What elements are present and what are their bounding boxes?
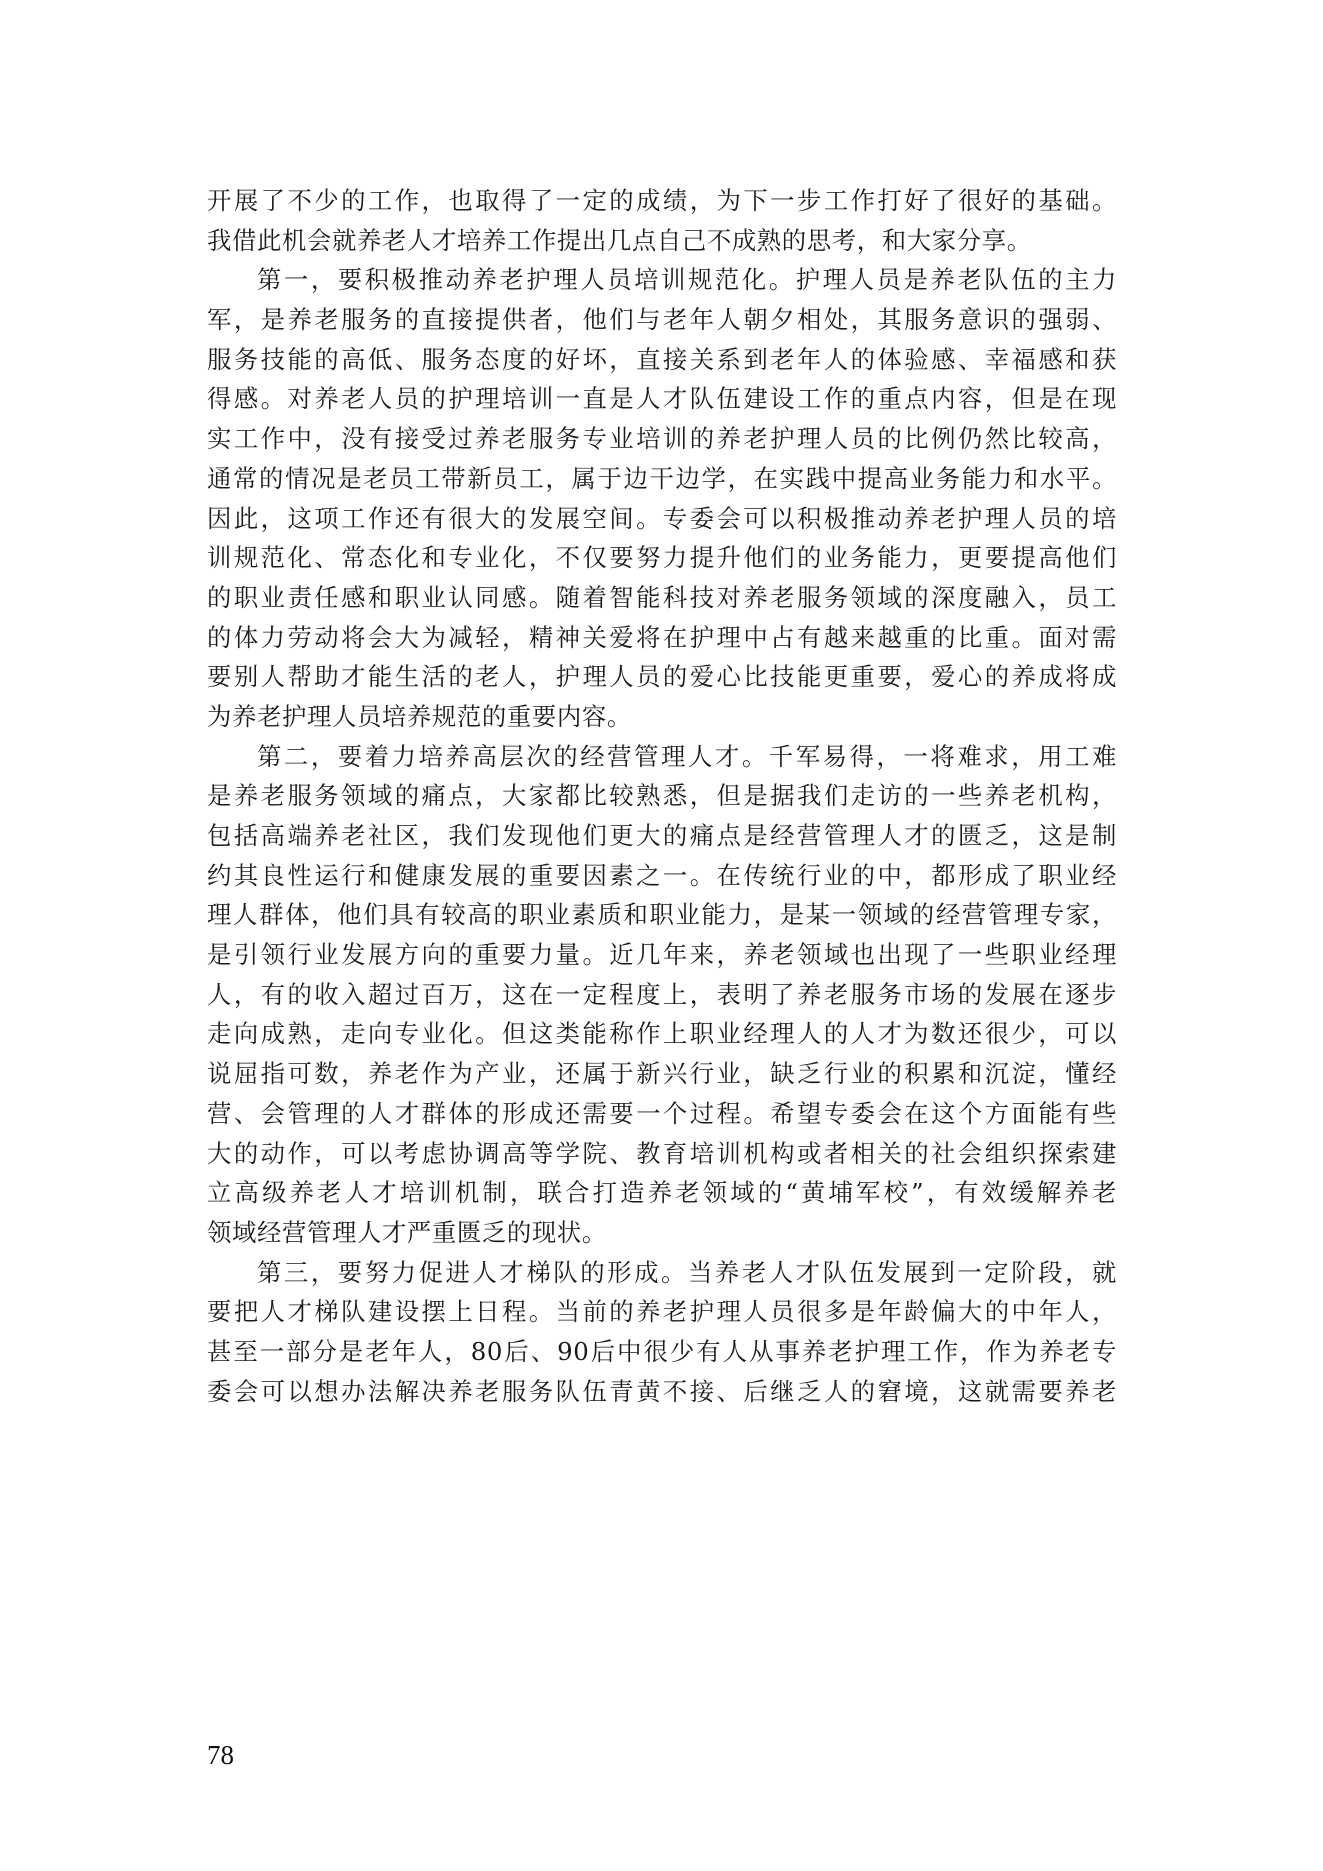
text-line: 立高级养老人才培训机制，联合打造养老领域的“黄埔军校”，有效缓解养老 — [207, 1173, 1117, 1213]
text-line: 因此，这项工作还有很大的发展空间。专委会可以积极推动养老护理人员的培 — [207, 499, 1117, 539]
text-line: 走向成熟，走向专业化。但这类能称作上职业经理人的人才为数还很少，可以 — [207, 1014, 1117, 1054]
text-line: 我借此机会就养老人才培养工作提出几点自己不成熟的思考，和大家分享。 — [207, 221, 1117, 261]
text-line: 要把人才梯队建设摆上日程。当前的养老护理人员很多是年龄偏大的中年人， — [207, 1292, 1117, 1332]
text-line: 是引领行业发展方向的重要力量。近几年来，养老领域也出现了一些职业经理 — [207, 935, 1117, 975]
text-line: 甚至一部分是老年人，80后、90后中很少有人从事养老护理工作，作为养老专 — [207, 1332, 1117, 1372]
text-line: 服务技能的高低、服务态度的好坏，直接关系到老年人的体验感、幸福感和获 — [207, 340, 1117, 380]
text-line: 第一，要积极推动养老护理人员培训规范化。护理人员是养老队伍的主力 — [207, 260, 1117, 300]
text-line: 为养老护理人员培养规范的重要内容。 — [207, 697, 1117, 737]
text-line: 第三，要努力促进人才梯队的形成。当养老人才队伍发展到一定阶段，就 — [207, 1253, 1117, 1293]
text-line: 领域经营管理人才严重匮乏的现状。 — [207, 1213, 1117, 1253]
text-line: 第二，要着力培养高层次的经营管理人才。千军易得，一将难求，用工难 — [207, 737, 1117, 777]
text-line: 人，有的收入超过百万，这在一定程度上，表明了养老服务市场的发展在逐步 — [207, 975, 1117, 1015]
text-line: 的体力劳动将会大为减轻，精神关爱将在护理中占有越来越重的比重。面对需 — [207, 618, 1117, 658]
text-line: 要别人帮助才能生活的老人，护理人员的爱心比技能更重要，爱心的养成将成 — [207, 657, 1117, 697]
text-line: 理人群体，他们具有较高的职业素质和职业能力，是某一领域的经营管理专家， — [207, 895, 1117, 935]
text-line: 的职业责任感和职业认同感。随着智能科技对养老服务领域的深度融入，员工 — [207, 578, 1117, 618]
text-line: 包括高端养老社区，我们发现他们更大的痛点是经营管理人才的匮乏，这是制 — [207, 816, 1117, 856]
paragraph-point-one: 第一，要积极推动养老护理人员培训规范化。护理人员是养老队伍的主力 军，是养老服务… — [207, 260, 1117, 736]
text-line: 开展了不少的工作，也取得了一定的成绩，为下一步工作打好了很好的基础。 — [207, 181, 1117, 221]
paragraph-intro-continuation: 开展了不少的工作，也取得了一定的成绩，为下一步工作打好了很好的基础。 我借此机会… — [207, 181, 1117, 260]
text-line: 委会可以想办法解决养老服务队伍青黄不接、后继乏人的窘境，这就需要养老 — [207, 1372, 1117, 1412]
text-line: 训规范化、常态化和专业化，不仅要努力提升他们的业务能力，更要提高他们 — [207, 538, 1117, 578]
text-line: 大的动作，可以考虑协调高等学院、教育培训机构或者相关的社会组织探索建 — [207, 1134, 1117, 1174]
text-line: 是养老服务领域的痛点，大家都比较熟悉，但是据我们走访的一些养老机构， — [207, 776, 1117, 816]
text-line: 军，是养老服务的直接提供者，他们与老年人朝夕相处，其服务意识的强弱、 — [207, 300, 1117, 340]
text-line: 通常的情况是老员工带新员工，属于边干边学，在实践中提高业务能力和水平。 — [207, 459, 1117, 499]
text-line: 说屈指可数，养老作为产业，还属于新兴行业，缺乏行业的积累和沉淀，懂经 — [207, 1054, 1117, 1094]
page-number: 78 — [207, 1740, 234, 1771]
text-line: 营、会管理的人才群体的形成还需要一个过程。希望专委会在这个方面能有些 — [207, 1094, 1117, 1134]
paragraph-point-two: 第二，要着力培养高层次的经营管理人才。千军易得，一将难求，用工难 是养老服务领域… — [207, 737, 1117, 1253]
text-line: 约其良性运行和健康发展的重要因素之一。在传统行业的中，都形成了职业经 — [207, 856, 1117, 896]
text-line: 实工作中，没有接受过养老服务专业培训的养老护理人员的比例仍然比较高， — [207, 419, 1117, 459]
paragraph-point-three: 第三，要努力促进人才梯队的形成。当养老人才队伍发展到一定阶段，就 要把人才梯队建… — [207, 1253, 1117, 1412]
text-line: 得感。对养老人员的护理培训一直是人才队伍建设工作的重点内容，但是在现 — [207, 379, 1117, 419]
document-body: 开展了不少的工作，也取得了一定的成绩，为下一步工作打好了很好的基础。 我借此机会… — [207, 181, 1117, 1411]
